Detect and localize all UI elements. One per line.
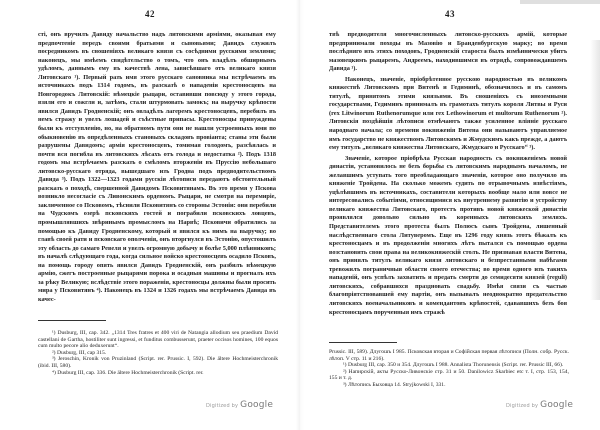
book-spread: 42 сті, онъ вручилъ Давиду начальство на… xyxy=(0,0,600,430)
watermark-prefix: Digitized by xyxy=(506,403,538,409)
right-page: 43 твѣ предводителя многочисленныхъ лито… xyxy=(300,0,600,430)
page-number: 43 xyxy=(300,9,600,19)
page-number: 42 xyxy=(0,9,300,19)
watermark-prefix: Digitized by xyxy=(206,403,238,409)
watermark-brand: Google xyxy=(240,400,273,410)
paragraph: Значеніе, которое пріобрѣла Русская наро… xyxy=(329,155,567,317)
google-watermark: Digitized byGoogle xyxy=(206,400,273,410)
footnote: ¹) Dusburg, III, cap. 342. „1314 Tres fr… xyxy=(38,330,278,350)
page-edge-shadow xyxy=(590,40,600,300)
footnote: ¹) Dusburg III, cap. 350 и 354. Длугошъ … xyxy=(329,362,569,369)
body-text: сті, онъ вручилъ Давиду начальство надъ … xyxy=(38,31,276,305)
paragraph: Наконецъ, значеніе, пріобрѣтенное русско… xyxy=(329,76,567,153)
footnote: ³) Лѣтопись Быховца 14. Stryjkowski I, 3… xyxy=(329,382,569,389)
footnote: ²) Напирскій, акты Русско-Ливонскіе стр.… xyxy=(329,369,569,382)
footnote: ⁴) Dusburg III, cap. 336. Die ältere Hoc… xyxy=(38,370,278,377)
body-text: твѣ предводителя многочисленныхъ литовск… xyxy=(329,31,567,317)
paragraph: сті, онъ вручилъ Давиду начальство надъ … xyxy=(38,31,276,305)
left-page: 42 сті, онъ вручилъ Давиду начальство на… xyxy=(0,0,300,430)
footnote-divider xyxy=(329,342,397,343)
footnote: ³) Jeroschin, Kronik von Pruzinland (Scr… xyxy=(38,356,278,369)
watermark-brand: Google xyxy=(540,400,573,410)
footnote: Prussic. III, 589). Длугошъ I 985. Псков… xyxy=(329,349,569,362)
footnote-divider xyxy=(38,320,106,321)
google-watermark: Digitized byGoogle xyxy=(506,400,573,410)
footnotes: ¹) Dusburg, III, cap. 342. „1314 Tres fr… xyxy=(38,330,278,376)
scan-artifact xyxy=(520,0,600,4)
footnotes: Prussic. III, 589). Длугошъ I 985. Псков… xyxy=(329,349,569,389)
paragraph: твѣ предводителя многочисленныхъ литовск… xyxy=(329,31,567,74)
